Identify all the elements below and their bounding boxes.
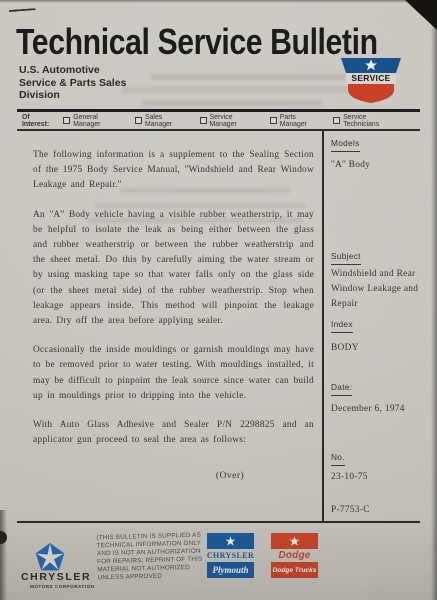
interest-option: General Manager [63, 114, 126, 128]
content-box-top-rule [17, 129, 420, 131]
dodge-brand-bar [271, 533, 318, 549]
over-note: (Over) [180, 471, 280, 481]
scanned-bulletin-page: Technical Service Bulletin U.S. Automoti… [0, 0, 437, 600]
interest-option: Sales Manager [135, 114, 191, 128]
interest-option-label: Sales Manager [145, 114, 191, 128]
division-line: Service & Parts Sales [19, 77, 126, 90]
bleed-through-ghost-text [150, 74, 346, 80]
content-box-bottom-rule [17, 521, 420, 523]
checkbox-icon [270, 117, 277, 124]
body-paragraph: Occasionally the inside mouldings or gar… [33, 343, 314, 404]
chrysler-brand-name: CHRYSLER [207, 549, 254, 562]
sidebar-value-number: 23-10-75 [331, 470, 419, 485]
content-box-divider [322, 129, 324, 522]
service-badge-label: SERVICE [341, 73, 401, 83]
sidebar-value-date: December 6, 1974 [331, 402, 423, 417]
division-name: U.S. Automotive Service & Parts Sales Di… [19, 64, 126, 102]
sidebar-value-models: ''A'' Body [331, 158, 419, 173]
sidebar-label-subject: Subject [331, 251, 361, 265]
dodge-trucks-brand-name: Dodge Trucks [273, 567, 317, 574]
sidebar-label-models: Models [331, 138, 360, 152]
sidebar-value-subject: Windshield and Rear Window Leakage and R… [331, 267, 419, 312]
plymouth-brand-bar: Plymouth [207, 562, 254, 578]
disclaimer-line: UNLESS APPROVED [97, 572, 203, 583]
checkbox-icon [135, 117, 142, 124]
division-line: Division [19, 89, 126, 102]
bleed-through-ghost-text [142, 100, 322, 106]
service-badge: SERVICE [341, 56, 401, 105]
bulletin-title: Technical Service Bulletin [16, 21, 378, 63]
chrysler-logo-subtext: MOTORS CORPORATION [30, 584, 94, 589]
checkbox-icon [333, 117, 340, 124]
plymouth-brand-name: Plymouth [212, 565, 248, 575]
bleed-through-ghost-text [122, 87, 348, 93]
body-paragraph: With Auto Glass Adhesive and Sealer P/N … [33, 418, 314, 448]
of-interest-row: Of Interest: General Manager Sales Manag… [22, 114, 412, 127]
page-left-edge-shadow [0, 510, 7, 600]
footer-disclaimer: (THIS BULLETIN IS SUPPLIED AS TECHNICAL … [96, 532, 203, 583]
dodge-brand-block: Dodge Dodge Trucks [271, 533, 318, 581]
interest-option-label: General Manager [73, 114, 126, 128]
header-rule [17, 109, 420, 112]
bulletin-body-text: The following information is a supplemen… [33, 148, 314, 462]
of-interest-label: Of Interest: [22, 114, 58, 128]
body-paragraph: The following information is a supplemen… [33, 148, 314, 194]
interest-option-label: Service Technicians [343, 114, 403, 128]
interest-option: Service Technicians [333, 114, 403, 128]
page-top-edge-shadow [0, 0, 437, 3]
division-line: U.S. Automotive [19, 64, 126, 77]
dodge-brand-name: Dodge [271, 549, 318, 562]
sidebar-label-number: No. [331, 452, 345, 466]
interest-option: Service Manager [200, 114, 261, 128]
chrysler-plymouth-brand-block: CHRYSLER Plymouth [207, 533, 254, 581]
sidebar-label-date: Date: [331, 382, 352, 396]
chrysler-brand-bar [207, 533, 254, 549]
page-right-edge-shadow [431, 18, 437, 600]
checkbox-icon [200, 117, 207, 124]
chrysler-logo-wordmark: CHRYSLER [21, 571, 91, 583]
interest-option: Parts Manager [270, 114, 324, 128]
pentastar-icon [289, 536, 300, 547]
dodge-trucks-brand-bar: Dodge Trucks [271, 562, 318, 578]
sidebar-label-index: Index [331, 319, 353, 333]
pentastar-icon [225, 536, 236, 547]
form-number: P-7753-C [331, 503, 419, 518]
staple-mark [9, 8, 36, 16]
checkbox-icon [63, 117, 70, 124]
interest-option-label: Parts Manager [280, 114, 324, 128]
sidebar-value-index: BODY [331, 341, 419, 356]
interest-option-label: Service Manager [210, 114, 261, 128]
body-paragraph: An ''A'' Body vehicle having a visible r… [33, 208, 314, 330]
